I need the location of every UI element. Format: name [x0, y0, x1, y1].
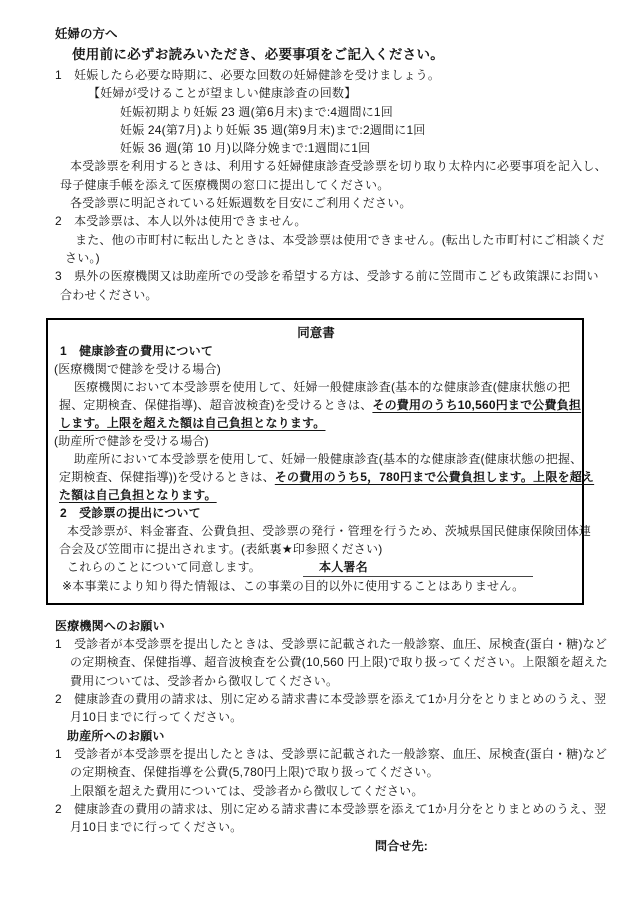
midwife-request-item-1-line-2: の定期検査、保健指導を公費(5,780円上限)で取り扱ってください。: [70, 763, 602, 781]
consent-agree-row: これらのことについて同意します。 本人署名: [67, 558, 574, 577]
consent-form-box: 同意書 1 健康診査の費用について (医療機関で健診を受ける場合) 医療機関にお…: [46, 318, 584, 605]
midwife-request-item-1-line-1: 1 受診者が本受診票を提出したときは、受診票に記載された一般診察、血圧、尿検査(…: [55, 745, 602, 763]
consent-medical-line-3: します。上限を超えた額は自己負担となります。: [59, 414, 574, 432]
consent-case-medical: (医療機関で健診を受ける場合): [54, 360, 574, 378]
consent-title: 同意書: [58, 324, 574, 342]
consent-medical-line-1: 医療機関において本受診票を使用して、妊婦一般健康診査(基本的な健康診査(健康状態…: [74, 378, 574, 396]
note-1-para-3: 各受診票に明記されている妊娠週数を目安にご利用ください。: [70, 194, 602, 212]
consent-midwife-line-1: 助産所において本受診票を使用して、妊婦一般健康診査(基本的な健康診査(健康状態の…: [74, 450, 574, 468]
note-1-bracket-heading: 【妊婦が受けることが望ましい健康診査の回数】: [88, 84, 602, 102]
consent-midwife-line-2-text: 定期検査、保健指導))を受けるときは、: [59, 470, 275, 484]
note-1-para-1: 本受診票を利用するときは、利用する妊婦健康診査受診票を切り取り太枠内に必要事項を…: [70, 157, 602, 175]
consent-midwife-line-2: 定期検査、保健指導))を受けるときは、その費用のうち5，780円まで公費負担しま…: [59, 468, 574, 486]
consent-agree-text: これらのことについて同意します。: [67, 558, 261, 576]
consent-midwife-line-3: た額は自己負担となります。: [59, 486, 574, 504]
midwife-request-item-1-line-3: 上限額を超えた費用については、受診者から徴収してください。: [70, 782, 602, 800]
medical-request-item-1-line-3: 費用については、受診者から徴収してください。: [70, 672, 602, 690]
schedule-line-3: 妊娠 36 週(第 10 月)以降分娩まで:1週間に1回: [120, 139, 602, 157]
medical-request-item-1-line-2: の定期検査、保健指導、超音波検査を公費(10,560 円上限)で取り扱ってくださ…: [70, 653, 602, 671]
consent-submission-line-2: 合会及び笠間市に提出されます。(表紙裏★印参照ください): [59, 540, 574, 558]
schedule-line-2: 妊娠 24(第7月)より妊娠 35 週(第9月末)まで:2週間に1回: [120, 121, 602, 139]
medical-request-heading: 医療機関へのお願い: [55, 617, 602, 635]
consent-section-1-heading: 1 健康診査の費用について: [60, 342, 574, 360]
medical-request-item-2-line-2: 月10日までに行ってください。: [70, 708, 602, 726]
note-1: 1 妊娠したら必要な時期に、必要な回数の妊婦健診を受けましょう。: [55, 66, 602, 84]
midwife-request-item-2-line-1: 2 健康診査の費用の請求は、別に定める請求書に本受診票を添えて1か月分をとりまと…: [55, 800, 602, 818]
medical-request-item-2-line-1: 2 健康診査の費用の請求は、別に定める請求書に本受診票を添えて1か月分をとりまと…: [55, 690, 602, 708]
document-page: 妊婦の方へ 使用前に必ずお読みいただき、必要事項をご記入ください。 1 妊娠した…: [0, 0, 630, 903]
doc-subtitle: 使用前に必ずお読みいただき、必要事項をご記入ください。: [72, 44, 602, 66]
consent-midwife-fee-emphasis: その費用のうち5，780円まで公費負担します。上限を超え: [275, 470, 594, 484]
note-3-para-1: 合わせください。: [60, 286, 602, 304]
note-2: 2 本受診票は、本人以外は使用できません。: [55, 212, 602, 230]
note-2-para-2: さい。): [65, 249, 602, 267]
doc-title: 妊婦の方へ: [55, 24, 602, 44]
consent-submission-line-1: 本受診票が、料金審査、公費負担、受診票の発行・管理を行うため、茨城県国民健康保険…: [67, 522, 574, 540]
consent-medical-fee-emphasis: その費用のうち10,560円まで公費負担: [372, 398, 581, 412]
midwife-request-item-2-line-2: 月10日までに行ってください。: [70, 818, 602, 836]
consent-section-2-heading: 2 受診票の提出について: [60, 504, 574, 522]
contact-label: 問合せ先:: [375, 837, 602, 855]
note-1-para-2: 母子健康手帳を添えて医療機関の窓口に提出してください。: [60, 176, 602, 194]
consent-privacy-note: ※本事業により知り得た情報は、この事業の目的以外に使用することはありません。: [62, 577, 574, 595]
note-3: 3 県外の医療機関又は助産所での受診を希望する方は、受診する前に笠間市こども政策…: [55, 267, 602, 285]
medical-request-item-1-line-1: 1 受診者が本受診票を提出したときは、受診票に記載された一般診察、血圧、尿検査(…: [55, 635, 602, 653]
note-2-para-1: また、他の市町村に転出したときは、本受診票は使用できません。(転出した市町村にご…: [75, 231, 602, 249]
schedule-line-1: 妊娠初期より妊娠 23 週(第6月末)まで:4週間に1回: [120, 103, 602, 121]
consent-case-midwife: (助産所で健診を受ける場合): [54, 432, 574, 450]
consent-medical-line-2: 握、定期検査、保健指導)、超音波検査)を受けるときは、その費用のうち10,560…: [59, 396, 574, 414]
signature-line: 本人署名: [303, 558, 533, 577]
consent-medical-line-2-text: 握、定期検査、保健指導)、超音波検査)を受けるときは、: [59, 398, 372, 412]
midwife-request-heading: 助産所へのお願い: [67, 727, 602, 745]
